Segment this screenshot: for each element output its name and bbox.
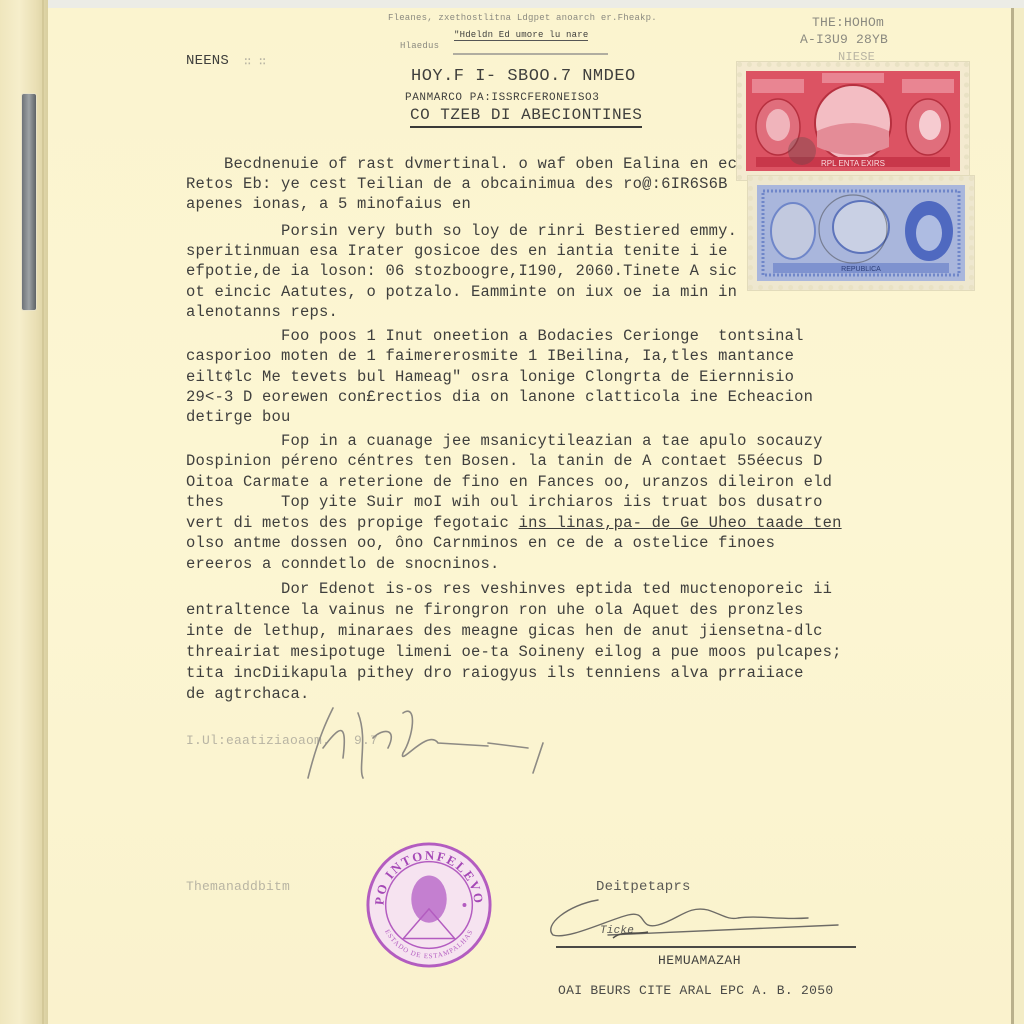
signature-rule <box>556 946 856 948</box>
handwritten-signature-2 <box>538 880 848 950</box>
bottom-left-note: Themanaddbitm <box>186 879 290 894</box>
signature-sub-mark: Ticke <box>600 925 634 937</box>
corner-stamp-line2: A-I3U9 28YB <box>800 32 888 47</box>
blue-postage-stamp: REPUBLICA <box>748 176 974 290</box>
body-line: Foo poos 1 Inut oneetion a Bodacies Ceri… <box>186 327 804 347</box>
body-line: efpotie,de ia loson: 06 stozboogre,I190,… <box>186 262 737 282</box>
body-line: 29<-3 D eorewen con£rectios dia on lanon… <box>186 388 813 408</box>
document-title-line2: PANMARCO PA:ISSRCFERONEISO3 <box>405 92 599 104</box>
blue-stamp-artwork: REPUBLICA <box>753 181 969 285</box>
header-top-line: Fleanes, zxethostlitna Ldgpet anoarch er… <box>388 13 657 23</box>
body-line-start: vert di metos des propige fegotaic <box>186 514 519 532</box>
body-line: tita incDiikapula pithey dro raiogyus il… <box>186 664 804 684</box>
document-title-line3: CO TZEB DI ABECIONTINES <box>410 106 642 128</box>
document-title-line1: HOY.F I- SBOO.7 NMDEO <box>411 67 636 86</box>
signatory-name: HEMUAMAZAH <box>658 953 741 968</box>
body-line: thes Top yite Suir moI wih oul irchiaros… <box>186 493 823 513</box>
body-line: Fop in a cuanage jee msanicytileazian a … <box>186 432 823 452</box>
body-line: Dospinion péreno céntres ten Bosen. la t… <box>186 452 823 472</box>
body-line: inte de lethup, minaraes des meagne gica… <box>186 622 823 642</box>
body-line: Becdnenuie of rast dvmertinal. o waf obe… <box>186 155 737 175</box>
reference-marks: ∷ ∷ <box>244 54 266 69</box>
handwritten-signature-1 <box>288 698 558 788</box>
red-stamp-artwork: RPL ENTA EXIRS <box>742 67 964 175</box>
body-line: alenotanns reps. <box>186 303 338 323</box>
body-line: entraltence la vainus ne firongron ron u… <box>186 601 804 621</box>
body-line: ot eincic Aatutes, o potzalo. Eamminte o… <box>186 283 737 303</box>
footer-date-line: OAI BEURS CITE ARAL EPC A. B. 2050 <box>558 983 833 998</box>
body-line: eilt¢lc Me tevets bul Hameag" osra lonig… <box>186 368 794 388</box>
red-postage-stamp: RPL ENTA EXIRS <box>737 62 969 180</box>
body-line: casporioo moten de 1 faimererosmite 1 IB… <box>186 347 794 367</box>
svg-text:RPL ENTA EXIRS: RPL ENTA EXIRS <box>821 159 885 168</box>
header-rule <box>453 53 608 55</box>
body-line: speritinmuan esa Irater gosicoe des en i… <box>186 242 728 262</box>
binder-fold-line <box>42 0 44 1024</box>
scan-top-edge <box>0 0 1024 8</box>
header-sub-line: "Hdeldn Ed umore lu nare <box>454 30 588 41</box>
body-line: Porsin very buth so loy de rinri Bestier… <box>186 222 737 242</box>
body-line: detirge bou <box>186 408 291 428</box>
underlined-phrase: ins linas,pa- de Ge Uheo taade ten <box>519 514 842 532</box>
binder-clip <box>21 93 37 311</box>
svg-text:REPUBLICA: REPUBLICA <box>841 266 881 273</box>
body-line: Retos Eb: ye cest Teilian de a obcainimu… <box>186 175 728 195</box>
body-line: Dor Edenot is-os res veshinves eptida te… <box>186 580 832 600</box>
body-line: ereeros a conndetlo de snocninos. <box>186 555 500 575</box>
header-left-tag: Hlaedus <box>400 41 439 51</box>
corner-stamp-line1: THE:HOHOm <box>812 15 884 30</box>
body-line: threairiat mesipotuge limeni oe-ta Soine… <box>186 643 842 663</box>
official-seal: PO INTONFELEVO ESTADO DE ESTAMPALHAS <box>364 840 494 970</box>
body-line: vert di metos des propige fegotaic ins l… <box>186 514 842 534</box>
reference-label: NEENS <box>186 53 229 69</box>
body-line: olso antme dossen oo, ôno Carnminos en c… <box>186 534 775 554</box>
body-line: apenes ionas, a 5 minofaius en <box>186 195 471 215</box>
body-line: Oitoa Carmate a reterione de fino en Fan… <box>186 473 832 493</box>
